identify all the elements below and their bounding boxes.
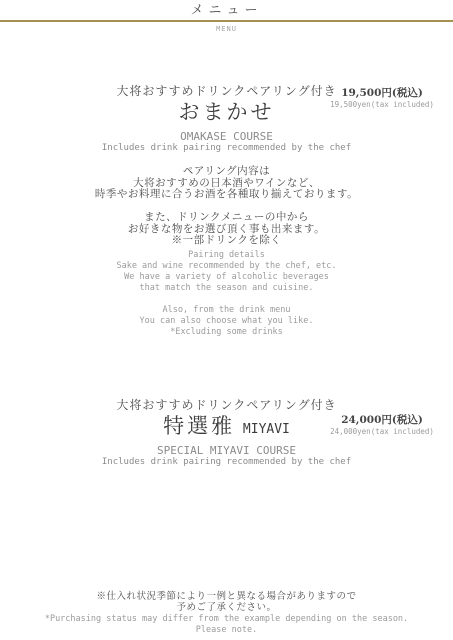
- menu-page: メニュー MENU 大将おすすめドリンクペアリング付き おまかせ OMAKASE…: [0, 0, 453, 640]
- footer-ja-line: 予めご了承ください。: [0, 603, 453, 614]
- course-name-en: OMAKASE COURSE: [0, 131, 453, 143]
- course-name-en: SPECIAL MIYAVI COURSE: [0, 445, 453, 457]
- price-en: 24,000yen(tax included): [317, 427, 447, 437]
- pairing-details-en: Pairing details Sake and wine recommende…: [0, 250, 453, 338]
- pairing-ja-line: ※一部ドリンクを除く: [0, 235, 453, 247]
- pairing-en-line: that match the season and cuisine.: [0, 283, 453, 294]
- footer-en-line: Please note.: [0, 625, 453, 635]
- course-desc-en: Includes drink pairing recommended by th…: [0, 143, 453, 154]
- pairing-details-ja: ペアリング内容は 大将おすすめの日本酒やワインなど、 時季やお料理に合うお酒を各…: [0, 166, 453, 247]
- page-title: メニュー: [0, 0, 453, 18]
- pairing-en-line: Pairing details: [0, 250, 453, 261]
- page-header: メニュー MENU: [0, 0, 453, 33]
- footer-en-line: *Purchasing status may differ from the e…: [0, 614, 453, 624]
- footer-note: ※仕入れ状況季節により一例と異なる場合がありますので 予めご了承ください。 *P…: [0, 592, 453, 635]
- pairing-en-line: Sake and wine recommended by the chef, e…: [0, 261, 453, 272]
- course-special-miyavi: 大将おすすめドリンクペアリング付き 特選雅 MIYAVI SPECIAL MIY…: [0, 398, 453, 468]
- price-ja: 19,500円(税込): [317, 87, 447, 100]
- pairing-ja-line: また、ドリンクメニューの中から: [0, 212, 453, 224]
- pairing-en-line: Also, from the drink menu: [0, 305, 453, 316]
- pairing-en-gap: [0, 294, 453, 305]
- price-en: 19,500yen(tax included): [317, 100, 447, 110]
- pairing-en-line: We have a variety of alcoholic beverages: [0, 272, 453, 283]
- course-title-ja: 特選雅: [163, 414, 235, 438]
- page-subtitle: MENU: [0, 25, 453, 33]
- header-divider: [0, 20, 453, 22]
- course-omakase: 大将おすすめドリンクペアリング付き おまかせ OMAKASE COURSE In…: [0, 84, 453, 154]
- pairing-en-line: You can also choose what you like.: [0, 316, 453, 327]
- pairing-en-line: *Excluding some drinks: [0, 327, 453, 338]
- price-ja: 24,000円(税込): [317, 414, 447, 427]
- pairing-ja-line: 時季やお料理に合うお酒を各種取り揃えております。: [0, 189, 453, 201]
- course-title-ja: おまかせ: [179, 100, 275, 124]
- pairing-ja-line: ペアリング内容は: [0, 166, 453, 178]
- course-title-suffix: MIYAVI: [235, 422, 290, 437]
- footer-ja-line: ※仕入れ状況季節により一例と異なる場合がありますので: [0, 592, 453, 603]
- course-price: 19,500円(税込) 19,500yen(tax included): [317, 87, 447, 110]
- course-price: 24,000円(税込) 24,000yen(tax included): [317, 414, 447, 437]
- course-desc-en: Includes drink pairing recommended by th…: [0, 457, 453, 468]
- course-subtitle: 大将おすすめドリンクペアリング付き: [0, 398, 453, 412]
